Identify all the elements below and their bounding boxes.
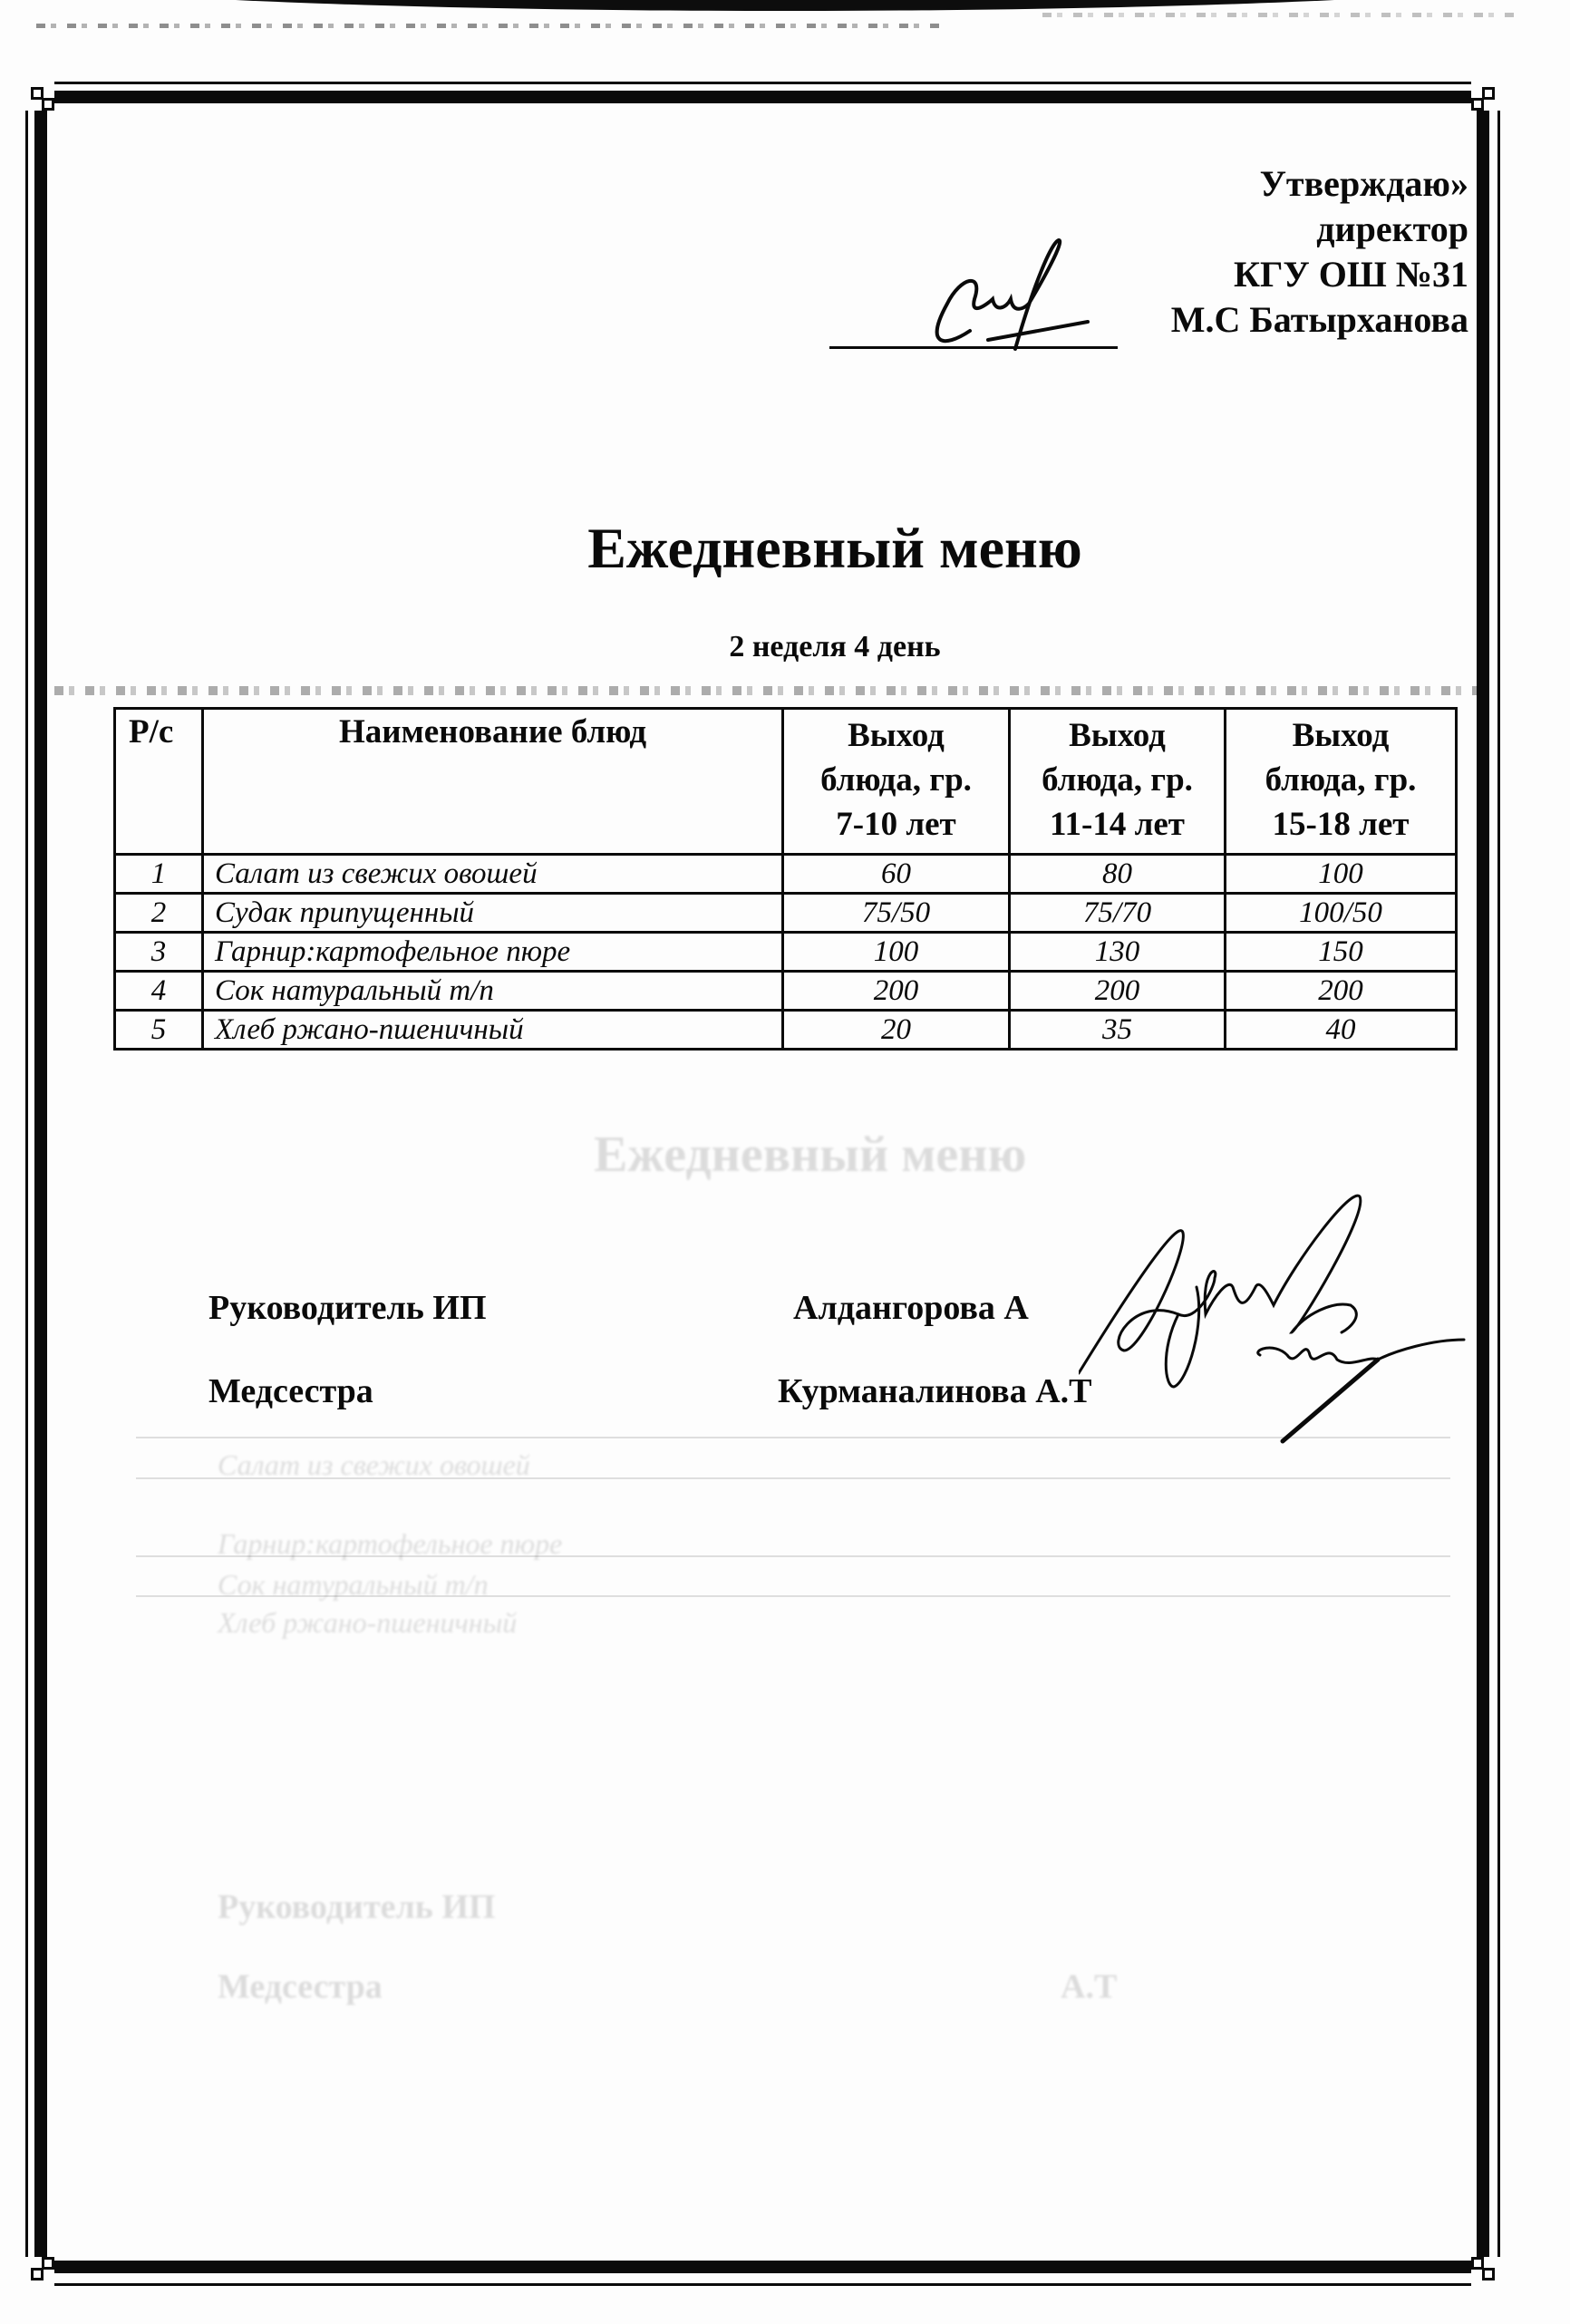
frame-corner-ornament (1471, 80, 1502, 111)
ghost-row: Гарнир:картофельное пюре (218, 1527, 562, 1561)
dish-name: Гарнир:картофельное пюре (203, 933, 783, 972)
frame-corner-ornament (24, 2257, 54, 2288)
row-number: 2 (115, 894, 203, 933)
header-yield-11-14: Выход блюда, гр. 11-14 лет (1010, 709, 1226, 855)
yield-7-10: 20 (783, 1011, 1010, 1050)
yield-7-10: 100 (783, 933, 1010, 972)
approval-director-name: М.С Батырханова (1171, 297, 1468, 343)
menu-table: Р/с Наименование блюд Выход блюда, гр. 7… (113, 707, 1458, 1051)
frame-corner-ornament (1471, 2257, 1502, 2288)
ghost-title: Ежедневный меню (594, 1126, 1026, 1184)
table-row: 5 Хлеб ржано-пшеничный 20 35 40 (115, 1011, 1457, 1050)
yield-11-14: 130 (1010, 933, 1226, 972)
signatory-name: Курманалинова А.Т (778, 1370, 1092, 1412)
ghost-name: А.Т (1061, 1967, 1117, 2007)
table-row: 1 Салат из свежих овошей 60 80 100 (115, 855, 1457, 894)
ghost-row: Хлеб ржано-пшеничный (218, 1606, 517, 1640)
signatory-name: Алдангорова А (793, 1287, 1029, 1329)
ghost-row: Сок натуральный т/п (218, 1568, 489, 1602)
approval-heading: Утверждаю» (1171, 161, 1468, 207)
yield-7-10: 60 (783, 855, 1010, 894)
approval-organization: КГУ ОШ №31 (1171, 252, 1468, 297)
yield-15-18: 150 (1226, 933, 1457, 972)
table-row: 2 Судак припущенный 75/50 75/70 100/50 (115, 894, 1457, 933)
row-number: 5 (115, 1011, 203, 1050)
ghost-table-line (136, 1437, 1450, 1438)
scan-noise-line (36, 24, 943, 28)
yield-15-18: 200 (1226, 972, 1457, 1011)
row-number: 4 (115, 972, 203, 1011)
dish-name: Сок натуральный т/п (203, 972, 783, 1011)
yield-7-10: 75/50 (783, 894, 1010, 933)
yield-7-10: 200 (783, 972, 1010, 1011)
table-row: 3 Гарнир:картофельное пюре 100 130 150 (115, 933, 1457, 972)
page-subtitle: 2 неделя 4 день (0, 627, 1570, 667)
table-header-row: Р/с Наименование блюд Выход блюда, гр. 7… (115, 709, 1457, 855)
approval-block: Утверждаю» директор КГУ ОШ №31 М.С Батыр… (1171, 161, 1468, 343)
yield-15-18: 100 (1226, 855, 1457, 894)
scan-edge-shadow (0, 0, 1570, 11)
scan-noise-line (1042, 13, 1514, 17)
signatory-role: Руководитель ИП (208, 1287, 487, 1329)
dish-name: Хлеб ржано-пшеничный (203, 1011, 783, 1050)
yield-11-14: 35 (1010, 1011, 1226, 1050)
dish-name: Судак припущенный (203, 894, 783, 933)
ghost-role: Медсестра (218, 1967, 383, 2007)
yield-15-18: 40 (1226, 1011, 1457, 1050)
page-title: Ежедневный меню (0, 512, 1570, 585)
frame-corner-ornament (24, 80, 54, 111)
header-yield-15-18: Выход блюда, гр. 15-18 лет (1226, 709, 1457, 855)
yield-11-14: 75/70 (1010, 894, 1226, 933)
row-number: 1 (115, 855, 203, 894)
signatory-role: Медсестра (208, 1370, 373, 1412)
dish-name: Салат из свежих овошей (203, 855, 783, 894)
yield-11-14: 80 (1010, 855, 1226, 894)
table-row: 4 Сок натуральный т/п 200 200 200 (115, 972, 1457, 1011)
header-number: Р/с (115, 709, 203, 855)
director-signature-line (829, 346, 1118, 349)
approval-position: директор (1171, 207, 1468, 252)
ghost-role: Руководитель ИП (218, 1887, 496, 1927)
ghost-row: Салат из свежих овошей (218, 1448, 530, 1482)
header-dish-name: Наименование блюд (203, 709, 783, 855)
row-number: 3 (115, 933, 203, 972)
header-yield-7-10: Выход блюда, гр. 7-10 лет (783, 709, 1010, 855)
yield-15-18: 100/50 (1226, 894, 1457, 933)
yield-11-14: 200 (1010, 972, 1226, 1011)
